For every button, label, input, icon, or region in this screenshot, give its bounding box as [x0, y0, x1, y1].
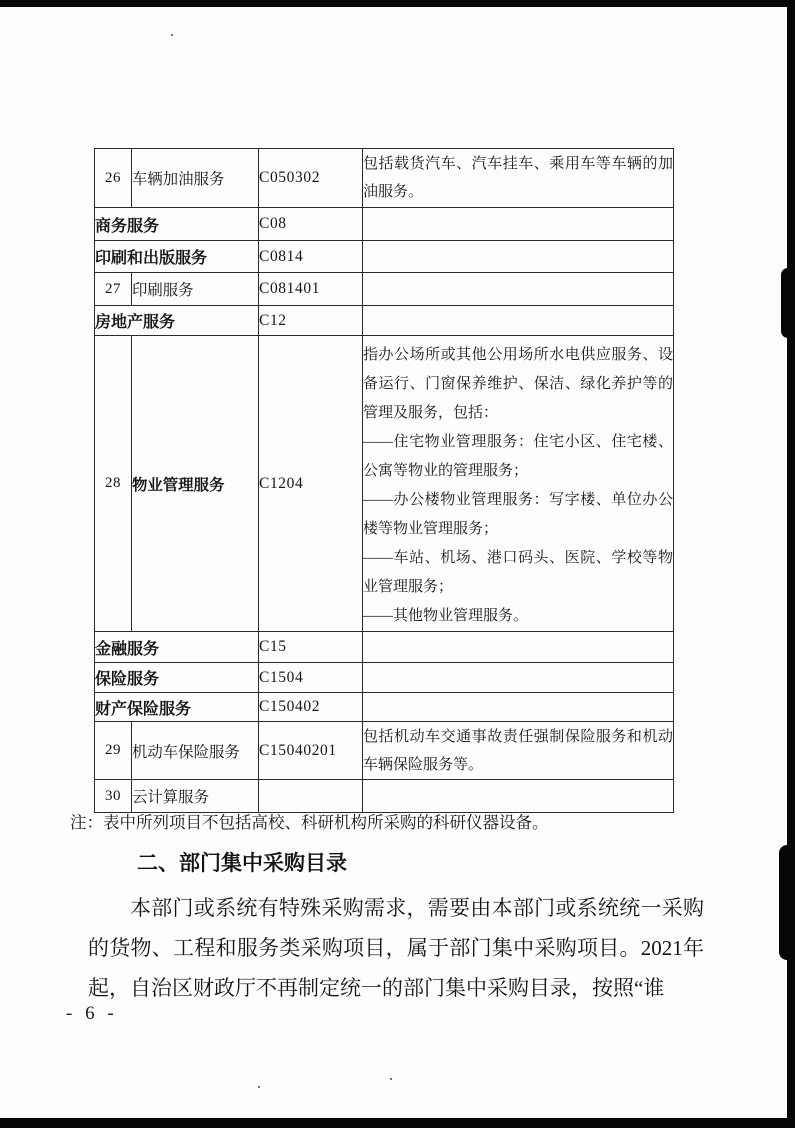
row-number-cell: 29 [95, 722, 132, 780]
description-paragraph: ——其他物业管理服务。 [363, 602, 673, 631]
description-cell: 包括载货汽车、汽车挂车、乘用车等车辆的加油服务。 [363, 149, 674, 208]
description-cell [363, 241, 674, 273]
description-paragraph: ——住宅物业管理服务：住宅小区、住宅楼、公寓等物业的管理服务； [363, 428, 673, 486]
code-cell: C150402 [259, 693, 363, 722]
scan-speck [390, 1078, 392, 1080]
table-row-28: 28 物业管理服务 C1204 指办公场所或其他公用场所水电供应服务、设备运行、… [95, 336, 674, 632]
service-name-cell: 印刷服务 [132, 273, 259, 306]
code-cell: C050302 [259, 149, 363, 208]
code-cell: C08 [259, 208, 363, 241]
scan-edge-blob [779, 845, 795, 960]
service-name-cell: 物业管理服务 [132, 336, 259, 632]
code-cell [259, 780, 363, 813]
code-cell: C081401 [259, 273, 363, 306]
category-name-cell: 财产保险服务 [95, 693, 259, 722]
category-row: 金融服务 C15 [95, 632, 674, 663]
service-name-cell: 车辆加油服务 [132, 149, 259, 208]
scan-edge-top [0, 0, 795, 7]
category-row: 财产保险服务 C150402 [95, 693, 674, 722]
code-cell: C15 [259, 632, 363, 663]
category-name-cell: 商务服务 [95, 208, 259, 241]
table-row-26: 26 车辆加油服务 C050302 包括载货汽车、汽车挂车、乘用车等车辆的加油服… [95, 149, 674, 208]
table-row-29: 29 机动车保险服务 C15040201 包括机动车交通事故责任强制保险服务和机… [95, 722, 674, 780]
code-cell: C1504 [259, 663, 363, 693]
description-cell [363, 663, 674, 693]
page-number: - 6 - [66, 1003, 118, 1025]
description-cell [363, 632, 674, 663]
description-cell [363, 693, 674, 722]
description-cell [363, 780, 674, 813]
category-name-cell: 房地产服务 [95, 306, 259, 336]
description-cell: 包括机动车交通事故责任强制保险服务和机动车辆保险服务等。 [363, 722, 674, 780]
service-name-cell: 机动车保险服务 [132, 722, 259, 780]
category-row: 房地产服务 C12 [95, 306, 674, 336]
category-name-cell: 印刷和出版服务 [95, 241, 259, 273]
scan-edge-blob [781, 268, 795, 338]
description-cell [363, 273, 674, 306]
procurement-catalog-table: 26 车辆加油服务 C050302 包括载货汽车、汽车挂车、乘用车等车辆的加油服… [94, 148, 674, 813]
category-row: 印刷和出版服务 C0814 [95, 241, 674, 273]
category-name-cell: 金融服务 [95, 632, 259, 663]
row-number-cell: 26 [95, 149, 132, 208]
description-paragraph: ——办公楼物业管理服务：写字楼、单位办公楼等物业管理服务； [363, 486, 673, 544]
scan-speck [171, 34, 173, 36]
category-row: 保险服务 C1504 [95, 663, 674, 693]
code-cell: C12 [259, 306, 363, 336]
scan-edge-bottom [0, 1118, 795, 1128]
table-note: 注：表中所列项目不包括高校、科研机构所采购的科研仪器设备。 [70, 811, 630, 835]
description-cell [363, 306, 674, 336]
scan-speck [258, 1086, 260, 1088]
scanned-page: 26 车辆加油服务 C050302 包括载货汽车、汽车挂车、乘用车等车辆的加油服… [0, 0, 795, 1128]
code-cell: C1204 [259, 336, 363, 632]
description-cell [363, 208, 674, 241]
description-cell: 指办公场所或其他公用场所水电供应服务、设备运行、门窗保养维护、保洁、绿化养护等的… [363, 336, 674, 632]
category-name-cell: 保险服务 [95, 663, 259, 693]
description-paragraph: 指办公场所或其他公用场所水电供应服务、设备运行、门窗保养维护、保洁、绿化养护等的… [363, 341, 673, 428]
section-heading: 二、部门集中采购目录 [137, 847, 347, 877]
table-row-27: 27 印刷服务 C081401 [95, 273, 674, 306]
code-cell: C15040201 [259, 722, 363, 780]
row-number-cell: 30 [95, 780, 132, 813]
row-number-cell: 28 [95, 336, 132, 632]
body-paragraph: 本部门或系统有特殊采购需求，需要由本部门或系统统一采购的货物、工程和服务类采购项… [88, 888, 704, 1008]
code-cell: C0814 [259, 241, 363, 273]
table-row-30: 30 云计算服务 [95, 780, 674, 813]
category-row: 商务服务 C08 [95, 208, 674, 241]
service-name-cell: 云计算服务 [132, 780, 259, 813]
description-paragraph: ——车站、机场、港口码头、医院、学校等物业管理服务； [363, 544, 673, 602]
row-number-cell: 27 [95, 273, 132, 306]
